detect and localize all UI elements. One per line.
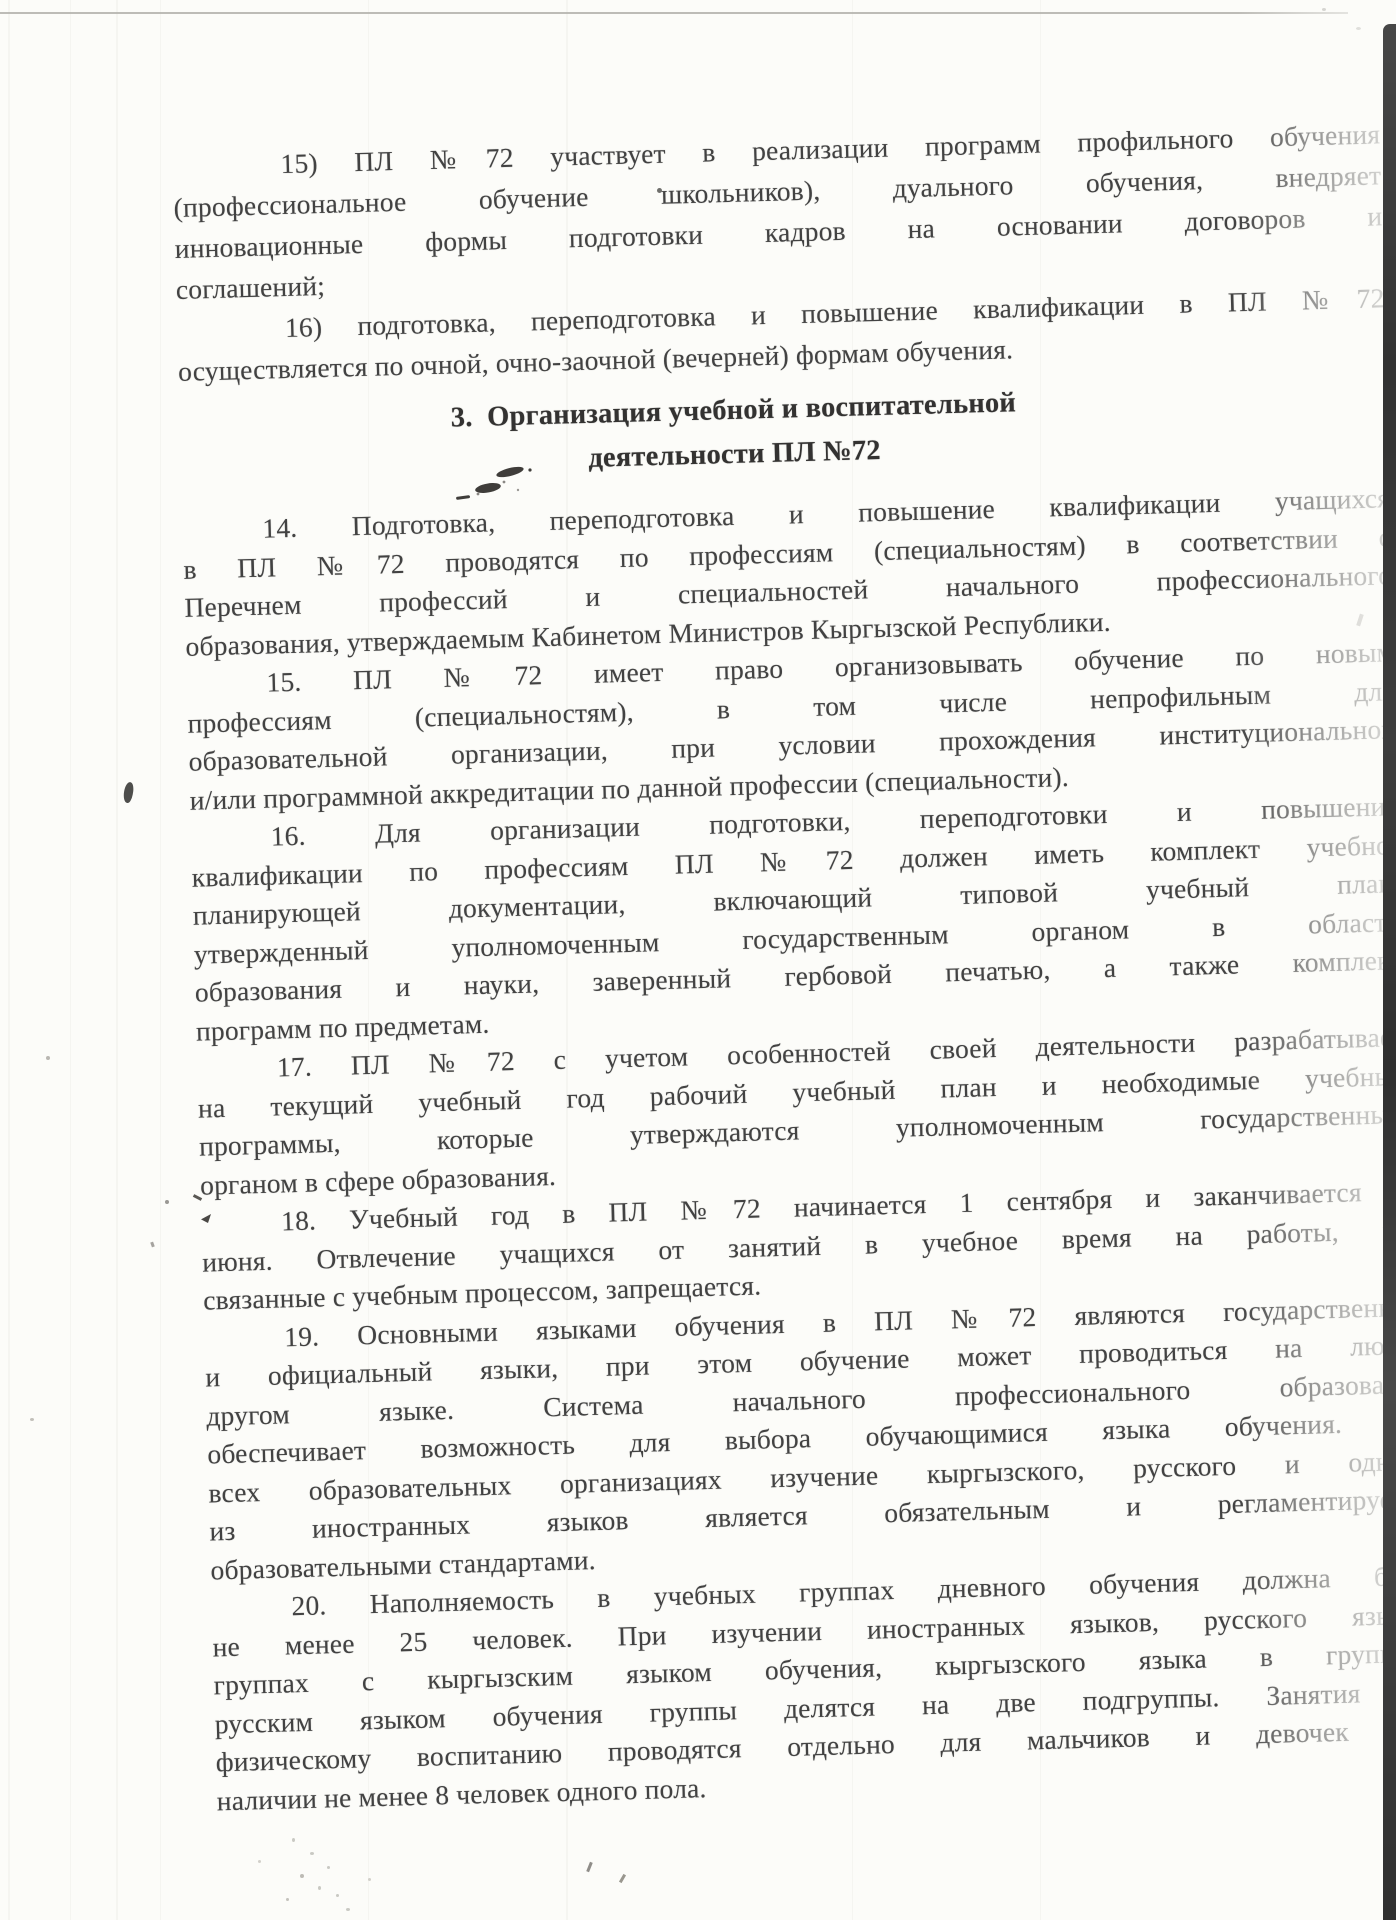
paragraph-article-19: 19. Основными языками обучения в ПЛ №72 … bbox=[204, 1287, 1396, 1589]
paragraph-article-16: 16. Для организации подготовки, переподг… bbox=[190, 787, 1396, 1051]
scan-speckle bbox=[310, 1852, 314, 1855]
stray-mark bbox=[619, 1874, 626, 1883]
ink-smudge bbox=[448, 460, 548, 506]
scan-speckle bbox=[292, 1838, 295, 1842]
document-text-block: 15) ПЛ №72 участвует в реализации програ… bbox=[172, 113, 1396, 1820]
scan-speckle bbox=[327, 1866, 330, 1869]
scan-right-edge-band bbox=[1383, 24, 1396, 1920]
scan-top-edge-line bbox=[0, 12, 1348, 14]
scan-speckle bbox=[346, 1908, 350, 1911]
scan-speckle bbox=[368, 1878, 371, 1881]
pencil-mark bbox=[165, 1200, 169, 1204]
scanned-page: 15) ПЛ №72 участвует в реализации програ… bbox=[0, 0, 1396, 1920]
scan-speckle bbox=[258, 1860, 261, 1863]
section-heading: 3. Организация учебной и воспитательной … bbox=[179, 374, 1289, 492]
stray-dot bbox=[657, 188, 662, 193]
scan-streak bbox=[116, 0, 118, 1920]
pencil-mark bbox=[150, 1242, 155, 1248]
scan-speckle bbox=[300, 1874, 304, 1878]
scan-speckle bbox=[46, 1056, 50, 1060]
scan-speckle bbox=[1356, 27, 1361, 30]
paragraph-item-15: 15) ПЛ №72 участвует в реализации програ… bbox=[172, 113, 1384, 310]
scan-speckle bbox=[336, 1894, 339, 1897]
scan-speckle bbox=[1322, 8, 1326, 11]
scan-speckle bbox=[286, 1898, 289, 1901]
scan-speckle bbox=[318, 1886, 321, 1890]
scan-streak bbox=[70, 0, 71, 1920]
scan-speckle bbox=[30, 1418, 34, 1421]
paragraph-article-20: 20. Наполняемость в учебных группах днев… bbox=[211, 1557, 1396, 1821]
scan-streak bbox=[8, 0, 10, 1920]
stray-mark bbox=[586, 1862, 593, 1872]
ink-blot bbox=[122, 781, 135, 803]
scan-streak bbox=[160, 0, 161, 1920]
